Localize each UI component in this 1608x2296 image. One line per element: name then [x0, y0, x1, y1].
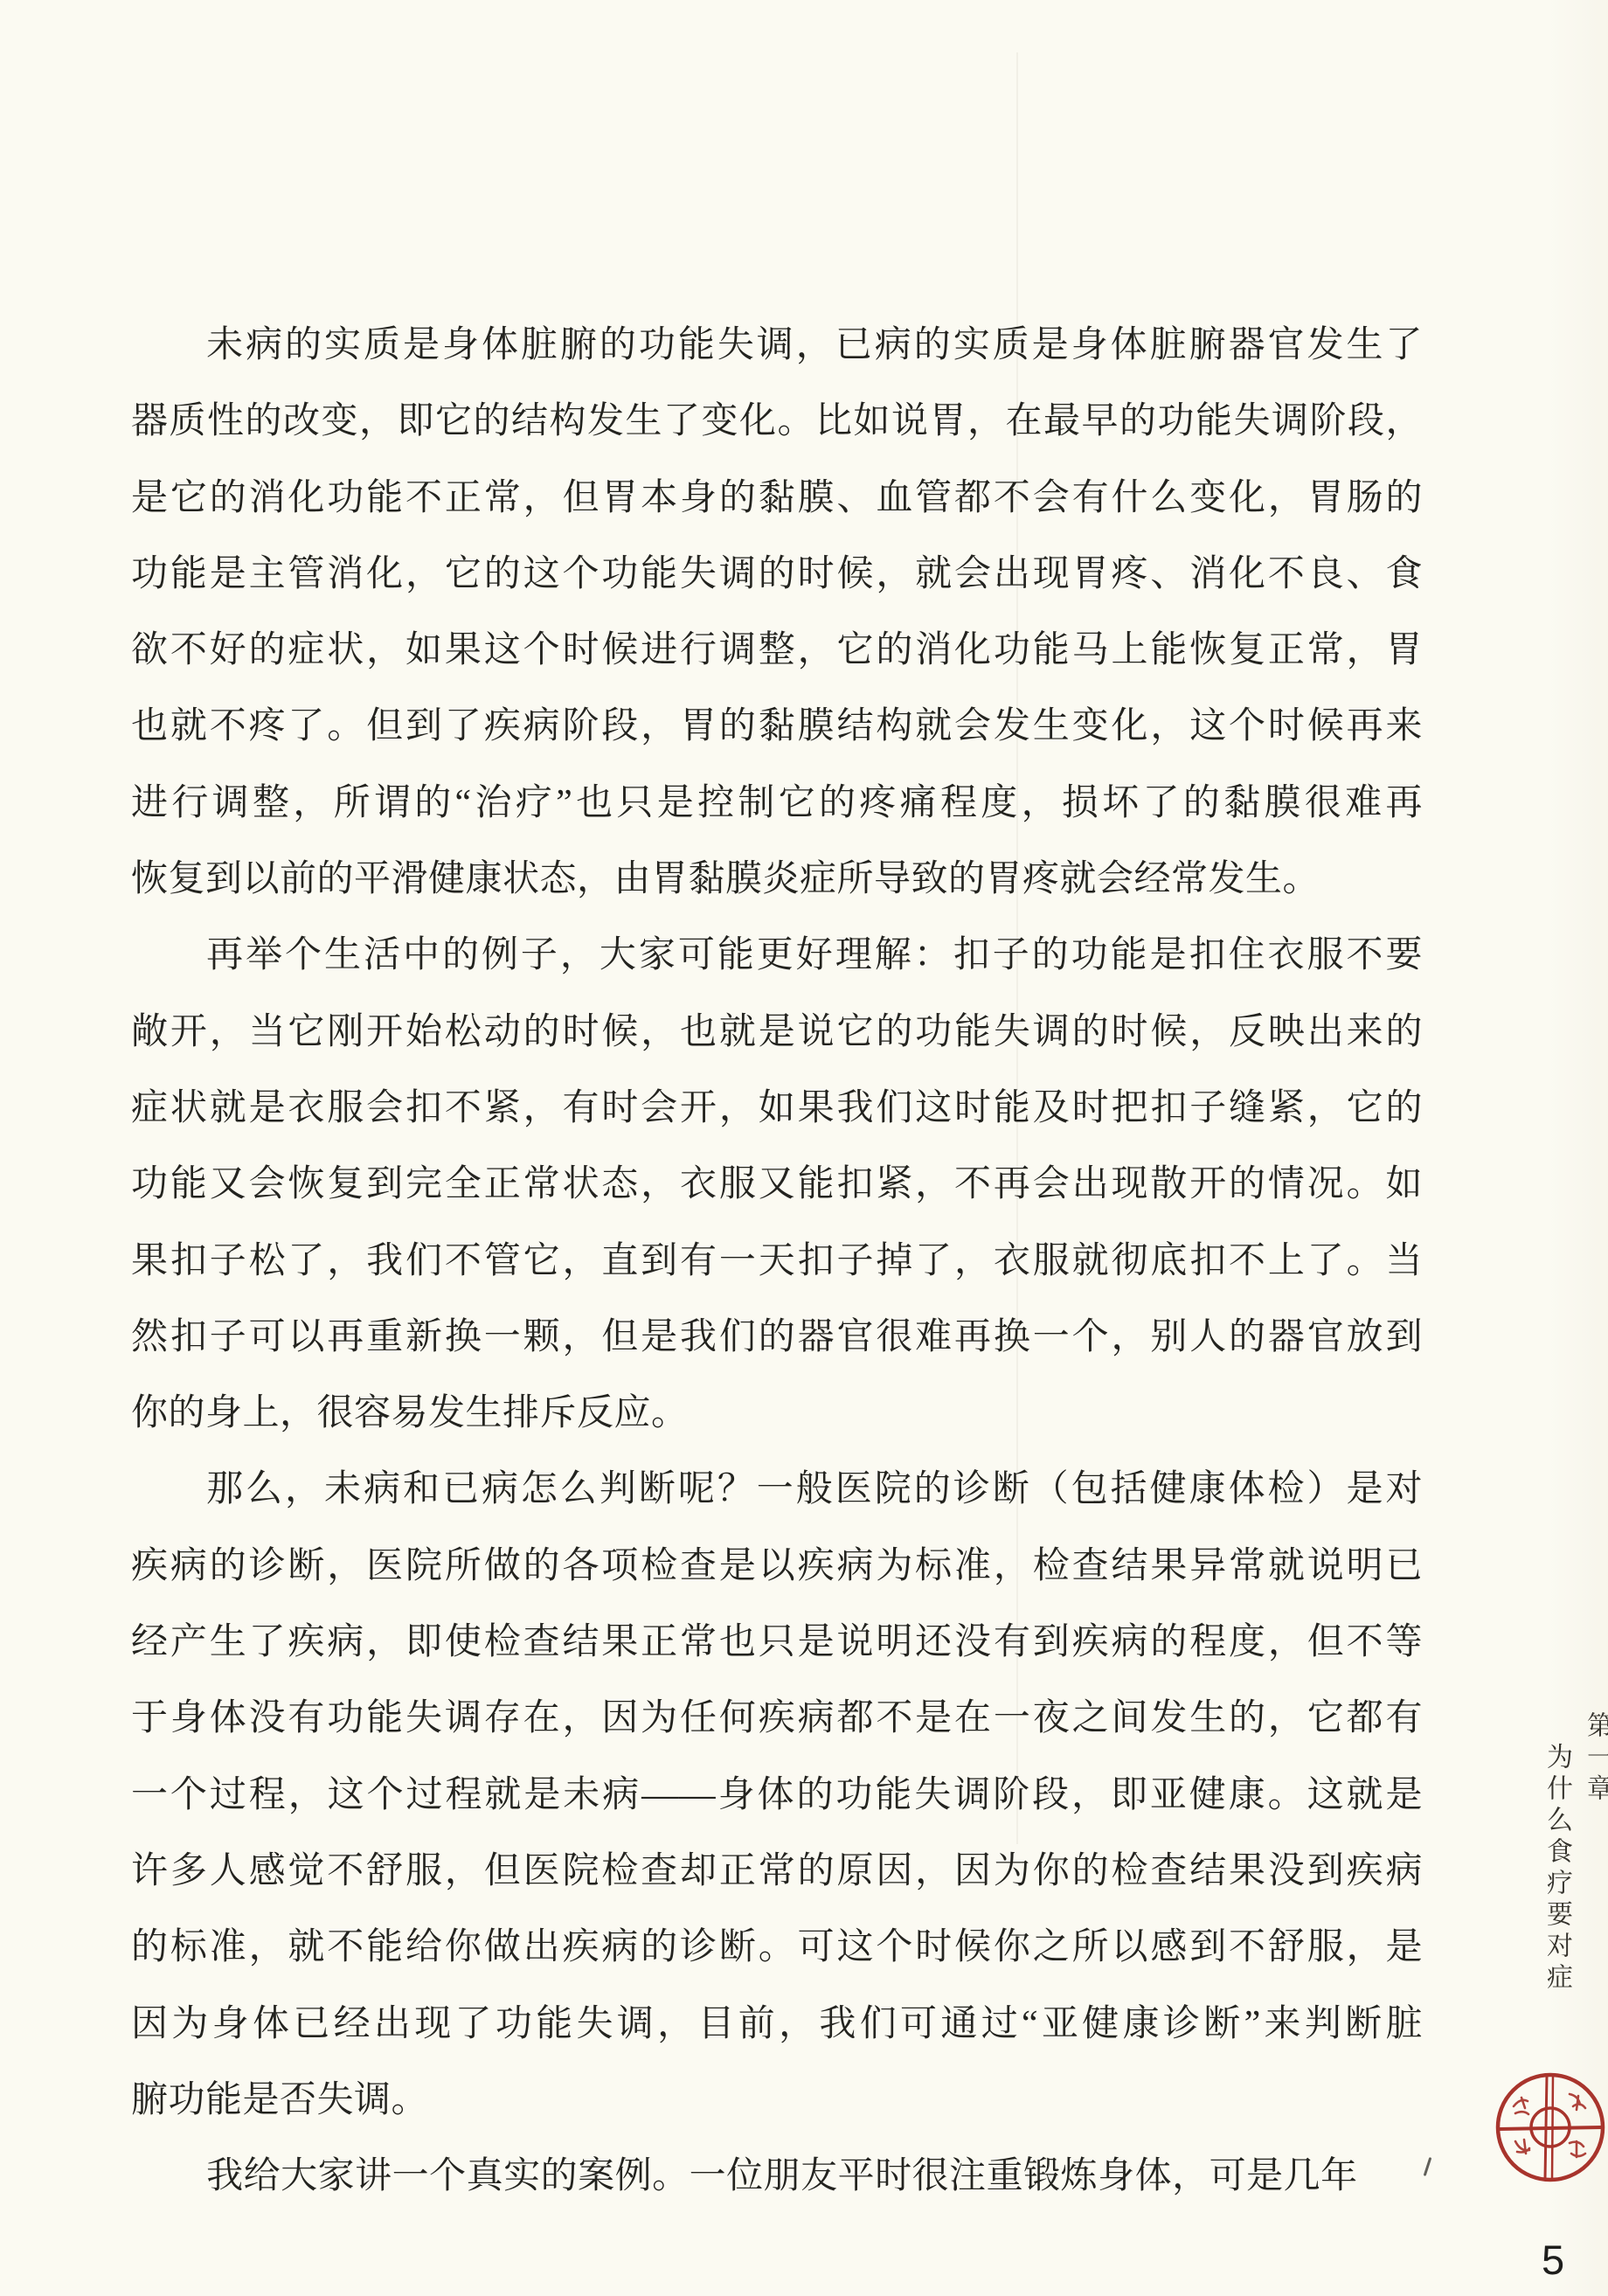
text-line: 然扣子可以再重新换一颗，但是我们的器官很难再换一个，别人的器官放到 [131, 1300, 1423, 1376]
text-line: 我给大家讲一个真实的案例。一位朋友平时很注重锻炼身体，可是几年 [131, 2139, 1423, 2215]
text-line: 器质性的改变，即它的结构发生了变化。比如说胃，在最早的功能失调阶段， [131, 384, 1423, 460]
text-line: 未病的实质是身体脏腑的功能失调，已病的实质是身体脏腑器官发生了 [131, 308, 1423, 384]
text-line: 也就不疼了。但到了疾病阶段，胃的黏膜结构就会发生变化，这个时候再来 [131, 689, 1423, 765]
text-line: 再举个生活中的例子，大家可能更好理解：扣子的功能是扣住衣服不要 [131, 918, 1423, 994]
stray-ink-mark [1424, 2157, 1432, 2176]
text-line: 是它的消化功能不正常，但胃本身的黏膜、血管都不会有什么变化，胃肠的 [131, 461, 1423, 537]
page-number: 5 [1542, 2234, 1594, 2286]
text-line: 疾病的诊断，医院所做的各项检查是以疾病为标准，检查结果异常就说明已 [131, 1529, 1423, 1605]
text-line: 一个过程，这个过程就是未病——身体的功能失调阶段，即亚健康。这就是 [131, 1758, 1423, 1834]
text-line: 进行调整，所谓的“治疗”也只是控制它的疼痛程度，损坏了的黏膜很难再 [131, 766, 1423, 842]
red-seal-stamp-icon [1493, 2070, 1608, 2185]
text-line: 果扣子松了，我们不管它，直到有一天扣子掉了，衣服就彻底扣不上了。当 [131, 1224, 1423, 1300]
text-line: 恢复到以前的平滑健康状态，由胃黏膜炎症所导致的胃疼就会经常发生。 [131, 842, 1423, 918]
book-page: 未病的实质是身体脏腑的功能失调，已病的实质是身体脏腑器官发生了器质性的改变，即它… [0, 0, 1608, 2296]
chapter-sidebar: 第一章 为什么食疗要对症 [1536, 1711, 1608, 2078]
text-line: 功能又会恢复到完全正常状态，衣服又能扣紧，不再会出现散开的情况。如 [131, 1147, 1423, 1223]
text-line: 腑功能是否失调。 [131, 2063, 1423, 2139]
text-line: 那么，未病和已病怎么判断呢？一般医院的诊断（包括健康体检）是对 [131, 1452, 1423, 1528]
text-line: 欲不好的症状，如果这个时候进行调整，它的消化功能马上能恢复正常，胃 [131, 613, 1423, 689]
text-line: 功能是主管消化，它的这个功能失调的时候，就会出现胃疼、消化不良、食 [131, 537, 1423, 613]
body-text: 未病的实质是身体脏腑的功能失调，已病的实质是身体脏腑器官发生了器质性的改变，即它… [131, 308, 1423, 2215]
chapter-number: 第一章 [1577, 1711, 1608, 1806]
chapter-title: 为什么食疗要对症 [1536, 1743, 1577, 1994]
text-line: 症状就是衣服会扣不紧，有时会开，如果我们这时能及时把扣子缝紧，它的 [131, 1071, 1423, 1147]
text-line: 你的身上，很容易发生排斥反应。 [131, 1376, 1423, 1452]
text-line: 于身体没有功能失调存在，因为任何疾病都不是在一夜之间发生的，它都有 [131, 1681, 1423, 1757]
text-line: 敞开，当它刚开始松动的时候，也就是说它的功能失调的时候，反映出来的 [131, 995, 1423, 1071]
text-line: 经产生了疾病，即使检查结果正常也只是说明还没有到疾病的程度，但不等 [131, 1605, 1423, 1681]
text-line: 许多人感觉不舒服，但医院检查却正常的原因，因为你的检查结果没到疾病 [131, 1834, 1423, 1910]
text-line: 的标准，就不能给你做出疾病的诊断。可这个时候你之所以感到不舒服，是 [131, 1910, 1423, 1986]
text-line: 因为身体已经出现了功能失调，目前，我们可通过“亚健康诊断”来判断脏 [131, 1987, 1423, 2063]
